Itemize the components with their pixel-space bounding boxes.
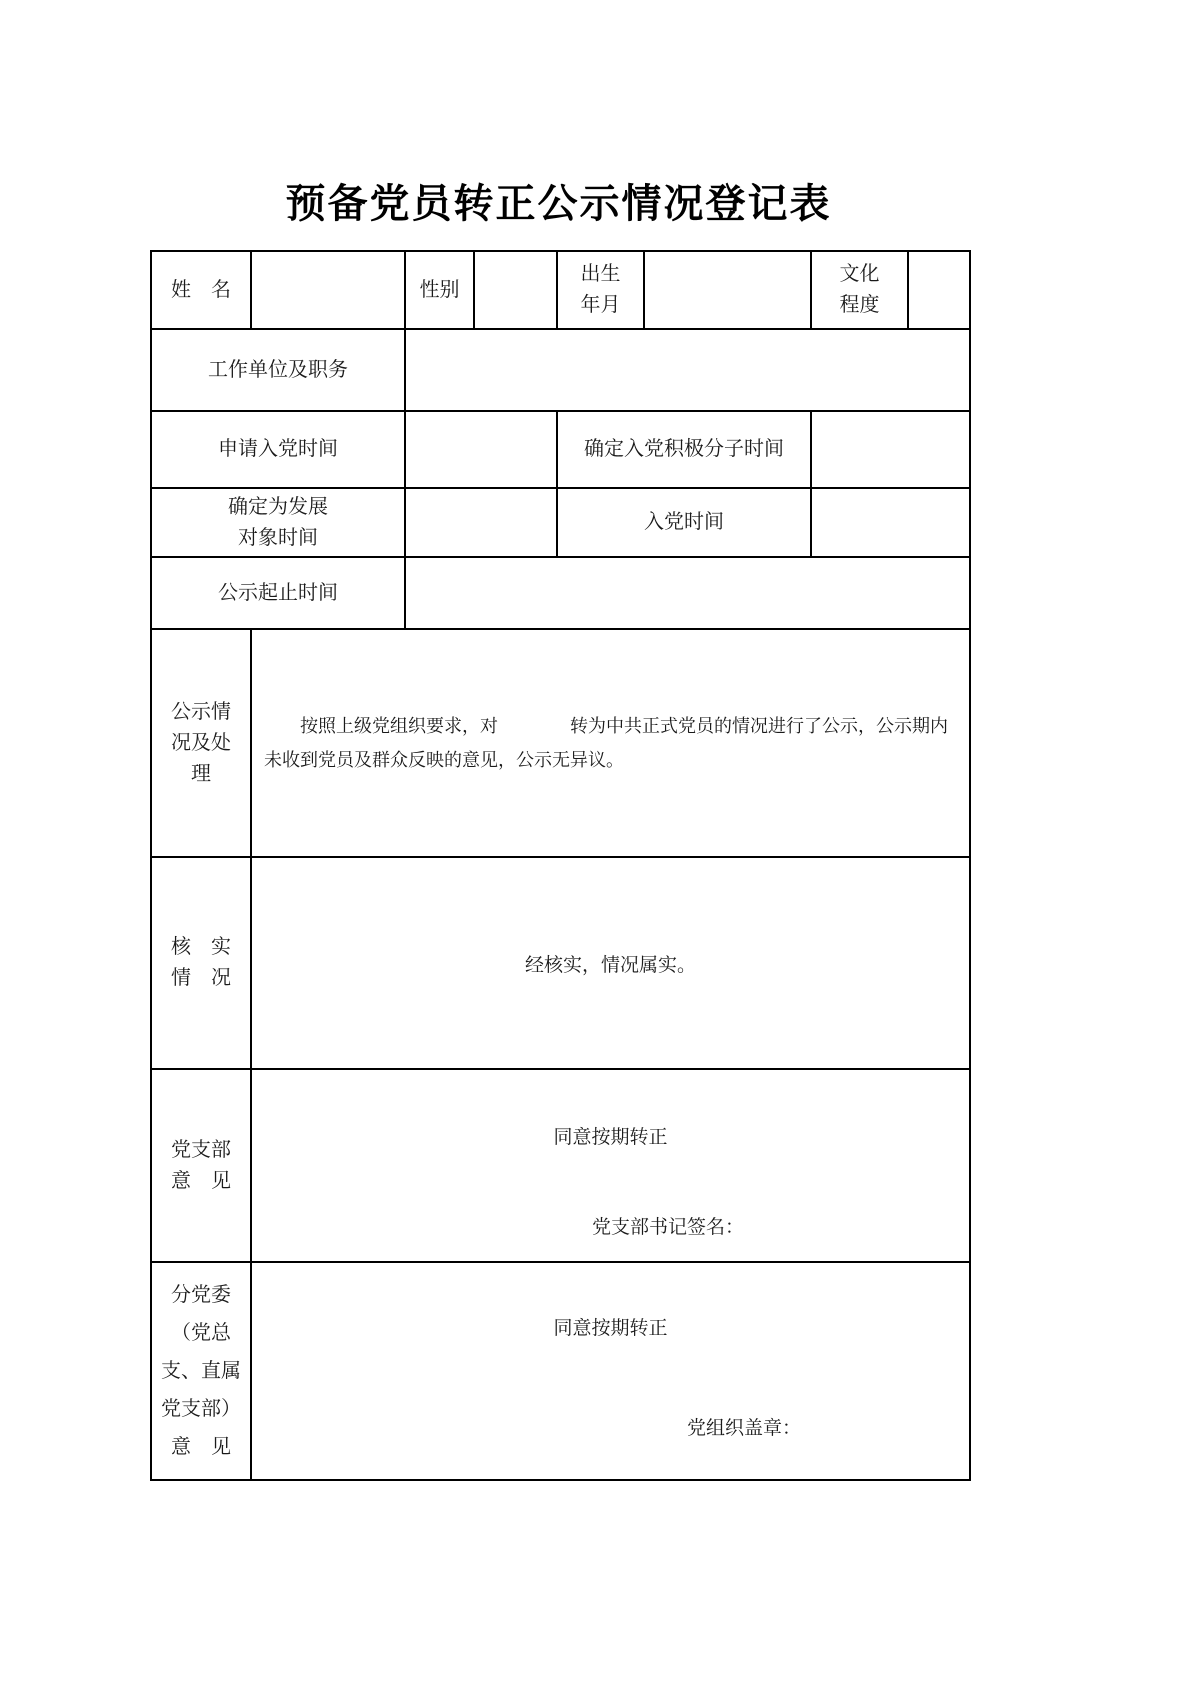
publicity-handling-content-cell[interactable]: 按照上级党组织要求，对 转为中共正式党员的情况进行了公示，公示期内 未收到党员及… — [252, 630, 969, 858]
name-label-cell: 姓 名 — [152, 252, 252, 330]
apply-time-label: 申请入党时间 — [218, 434, 338, 465]
apply-time-input-cell[interactable] — [406, 412, 558, 489]
committee-opinion-label: 分党委 （党总 支、直属 党支部） 意 见 — [161, 1276, 241, 1466]
form-page: 预备党员转正公示情况登记表 姓 名 性别 出生 年月 文化 程度 工作单位及职务 — [0, 0, 1190, 1684]
publicity-handling-label: 公示情 况及处 理 — [171, 697, 231, 790]
committee-opinion-text: 同意按期转正 — [252, 1313, 969, 1340]
branch-secretary-signature-label: 党支部书记签名： — [592, 1212, 744, 1239]
name-input-cell[interactable] — [252, 252, 406, 330]
education-label-cell: 文化 程度 — [812, 252, 909, 330]
work-unit-label-cell: 工作单位及职务 — [152, 330, 406, 412]
publicity-period-label: 公示起止时间 — [218, 578, 338, 609]
activist-time-label-cell: 确定入党积极分子时间 — [558, 412, 812, 489]
verification-content-cell[interactable]: 经核实，情况属实。 — [252, 858, 969, 1070]
join-time-label-cell: 入党时间 — [558, 489, 812, 558]
name-label: 姓 名 — [171, 275, 231, 306]
branch-opinion-label: 党支部 意 见 — [171, 1135, 231, 1197]
education-input-cell[interactable] — [909, 252, 969, 330]
activist-time-label: 确定入党积极分子时间 — [584, 434, 784, 465]
gender-label: 性别 — [420, 275, 460, 306]
org-seal-label: 党组织盖章： — [687, 1413, 801, 1440]
branch-opinion-label-cell: 党支部 意 见 — [152, 1070, 252, 1263]
gender-label-cell: 性别 — [406, 252, 475, 330]
apply-time-label-cell: 申请入党时间 — [152, 412, 406, 489]
verification-label-cell: 核 实 情 况 — [152, 858, 252, 1070]
work-unit-input-cell[interactable] — [406, 330, 969, 412]
branch-opinion-content-cell[interactable]: 同意按期转正 党支部书记签名： — [252, 1070, 969, 1263]
development-time-label-cell: 确定为发展 对象时间 — [152, 489, 406, 558]
join-time-input-cell[interactable] — [812, 489, 969, 558]
registration-table: 姓 名 性别 出生 年月 文化 程度 工作单位及职务 — [150, 250, 971, 1481]
birthdate-label-cell: 出生 年月 — [558, 252, 645, 330]
activist-time-input-cell[interactable] — [812, 412, 969, 489]
birthdate-input-cell[interactable] — [645, 252, 812, 330]
development-time-input-cell[interactable] — [406, 489, 558, 558]
verification-text: 经核实，情况属实。 — [525, 950, 696, 977]
publicity-statement-line1: 按照上级党组织要求，对 转为中共正式党员的情况进行了公示，公示期内 — [264, 709, 948, 743]
publicity-statement-line2: 未收到党员及群众反映的意见，公示无异议。 — [264, 743, 624, 777]
publicity-period-label-cell: 公示起止时间 — [152, 558, 406, 630]
development-time-label: 确定为发展 对象时间 — [228, 492, 328, 554]
committee-opinion-content-cell[interactable]: 同意按期转正 党组织盖章： — [252, 1263, 969, 1479]
work-unit-label: 工作单位及职务 — [208, 355, 348, 386]
birthdate-label: 出生 年月 — [581, 259, 621, 321]
join-time-label: 入党时间 — [644, 507, 724, 538]
verification-label: 核 实 情 况 — [171, 932, 231, 994]
branch-opinion-text: 同意按期转正 — [252, 1122, 969, 1149]
committee-opinion-label-cell: 分党委 （党总 支、直属 党支部） 意 见 — [152, 1263, 252, 1479]
education-label: 文化 程度 — [840, 259, 880, 321]
publicity-handling-label-cell: 公示情 况及处 理 — [152, 630, 252, 858]
gender-input-cell[interactable] — [475, 252, 558, 330]
publicity-period-input-cell[interactable] — [406, 558, 969, 630]
page-title: 预备党员转正公示情况登记表 — [150, 172, 967, 229]
